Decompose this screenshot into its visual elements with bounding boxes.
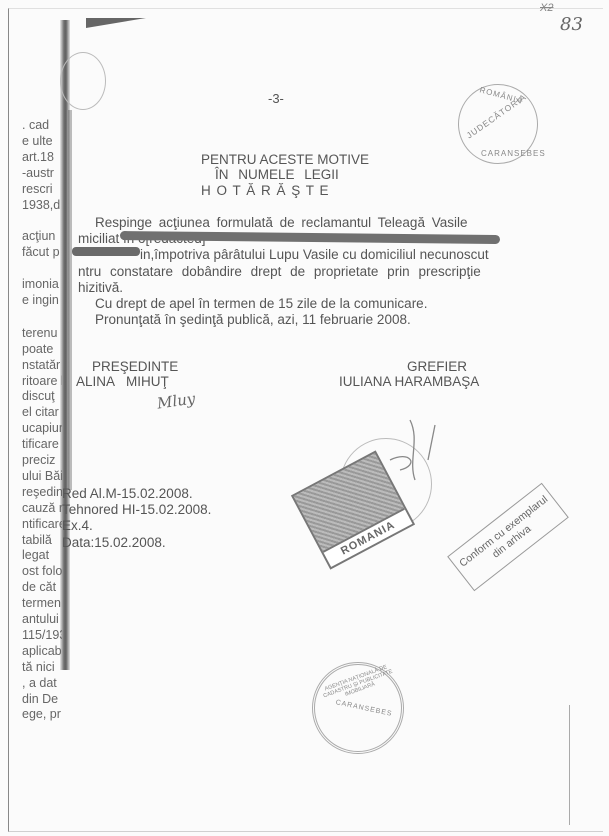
overlap-text-line: 115/193 (22, 628, 62, 642)
body-line-6: Cu drept de apel în termen de 15 zile de… (95, 296, 427, 311)
overlap-text-line: termen (22, 596, 62, 610)
overlap-text-line: el citar (22, 405, 62, 419)
footer-note-1: Red Al.M-15.02.2008. (62, 486, 193, 501)
heading-line-3: H O T Ă R Ă Ş T E (201, 183, 330, 198)
court-stamp: ROMÂNIA JUDECĂTORIA CARANSEBES (458, 84, 538, 164)
overlap-text-line: art.18 (22, 150, 62, 164)
footer-note-4: Data:15.02.2008. (62, 535, 166, 550)
overlap-text-line: preciz (22, 453, 62, 467)
page-number: -3- (268, 91, 284, 106)
president-name: ALINA MIHUŢ (76, 374, 169, 389)
binding-shadow-inner (68, 110, 72, 490)
overlap-text-line: antului (22, 612, 62, 626)
overlap-text-line: făcut p (22, 245, 62, 259)
overlap-text-line: ost folo (22, 564, 62, 578)
body-line-5: hizitivă. (78, 280, 123, 295)
overlap-text-line: rescri (22, 182, 62, 196)
overlap-text-line: , a dat (22, 676, 62, 690)
folio-number: 83 (560, 14, 583, 35)
overlap-text-line: tabilă (22, 533, 62, 547)
overlap-text-line: ritoare l (22, 374, 62, 388)
overlap-text-line: tă nici (22, 660, 62, 674)
page-edge-line (569, 705, 570, 825)
overlap-text-line: discuţ (22, 389, 62, 403)
overlap-text-line: ului Băil (22, 469, 62, 483)
body-line-1: Respinge acţiunea formulată de reclamant… (95, 215, 467, 230)
overlap-text-line: e ulte (22, 134, 62, 148)
body-line-7: Pronunţată în şedinţă publică, azi, 11 f… (95, 312, 411, 327)
overlap-text-line: reşedin (22, 485, 62, 499)
overlap-text-line: tificare (22, 437, 62, 451)
footer-note-3: Ex.4. (62, 518, 93, 533)
footer-note-2: Tehnored HI-15.02.2008. (62, 502, 211, 517)
scan-artifact (86, 18, 146, 28)
clerk-title: GREFIER (407, 359, 467, 374)
top-mark: X2 (540, 2, 553, 14)
overlap-text-line: -austr (22, 166, 62, 180)
body-line-4: ntru constatare dobândire drept de propr… (78, 264, 481, 279)
cadastre-stamp: AGENŢIA NAŢIONALĂ DE CADASTRU ŞI PUBLICI… (312, 662, 404, 754)
body-line-3: in,împotriva pârâtului Lupu Vasile cu do… (140, 247, 489, 262)
overlap-text-line: ege, pr (22, 707, 62, 721)
overlap-text-line: e ingin (22, 293, 62, 307)
overlap-text-line: nstatăr (22, 358, 62, 372)
overlap-text-line: de căt (22, 580, 62, 594)
overlap-text-line: . cad (22, 118, 62, 132)
clerk-signature (380, 400, 460, 490)
heading-line-2: ÎN NUMELE LEGII (215, 167, 339, 182)
overlap-text-line: ntificare (22, 517, 62, 531)
overlap-text-line: terenu (22, 326, 62, 340)
overlap-text-line: imonia (22, 277, 62, 291)
overlap-text-line: din De (22, 692, 62, 706)
redaction-bar (72, 247, 140, 256)
overlap-text-line: legat (22, 548, 62, 562)
overlap-text-line: acţiun (22, 229, 62, 243)
president-title: PREŞEDINTE (92, 359, 178, 374)
partial-stamp (60, 52, 106, 110)
scanned-page: X2 83 -3- PENTRU ACESTE MOTIVE ÎN NUMELE… (0, 0, 609, 836)
heading-line-1: PENTRU ACESTE MOTIVE (201, 152, 369, 167)
overlap-text-line: 1938,d (22, 198, 62, 212)
overlap-text-line: aplicabil (22, 644, 62, 658)
overlap-text-line: poate (22, 342, 62, 356)
clerk-name: IULIANA HARAMBAŞA (339, 374, 479, 389)
overlap-text-line: ucapiun (22, 421, 62, 435)
overlap-text-line: cauză r (22, 501, 62, 515)
